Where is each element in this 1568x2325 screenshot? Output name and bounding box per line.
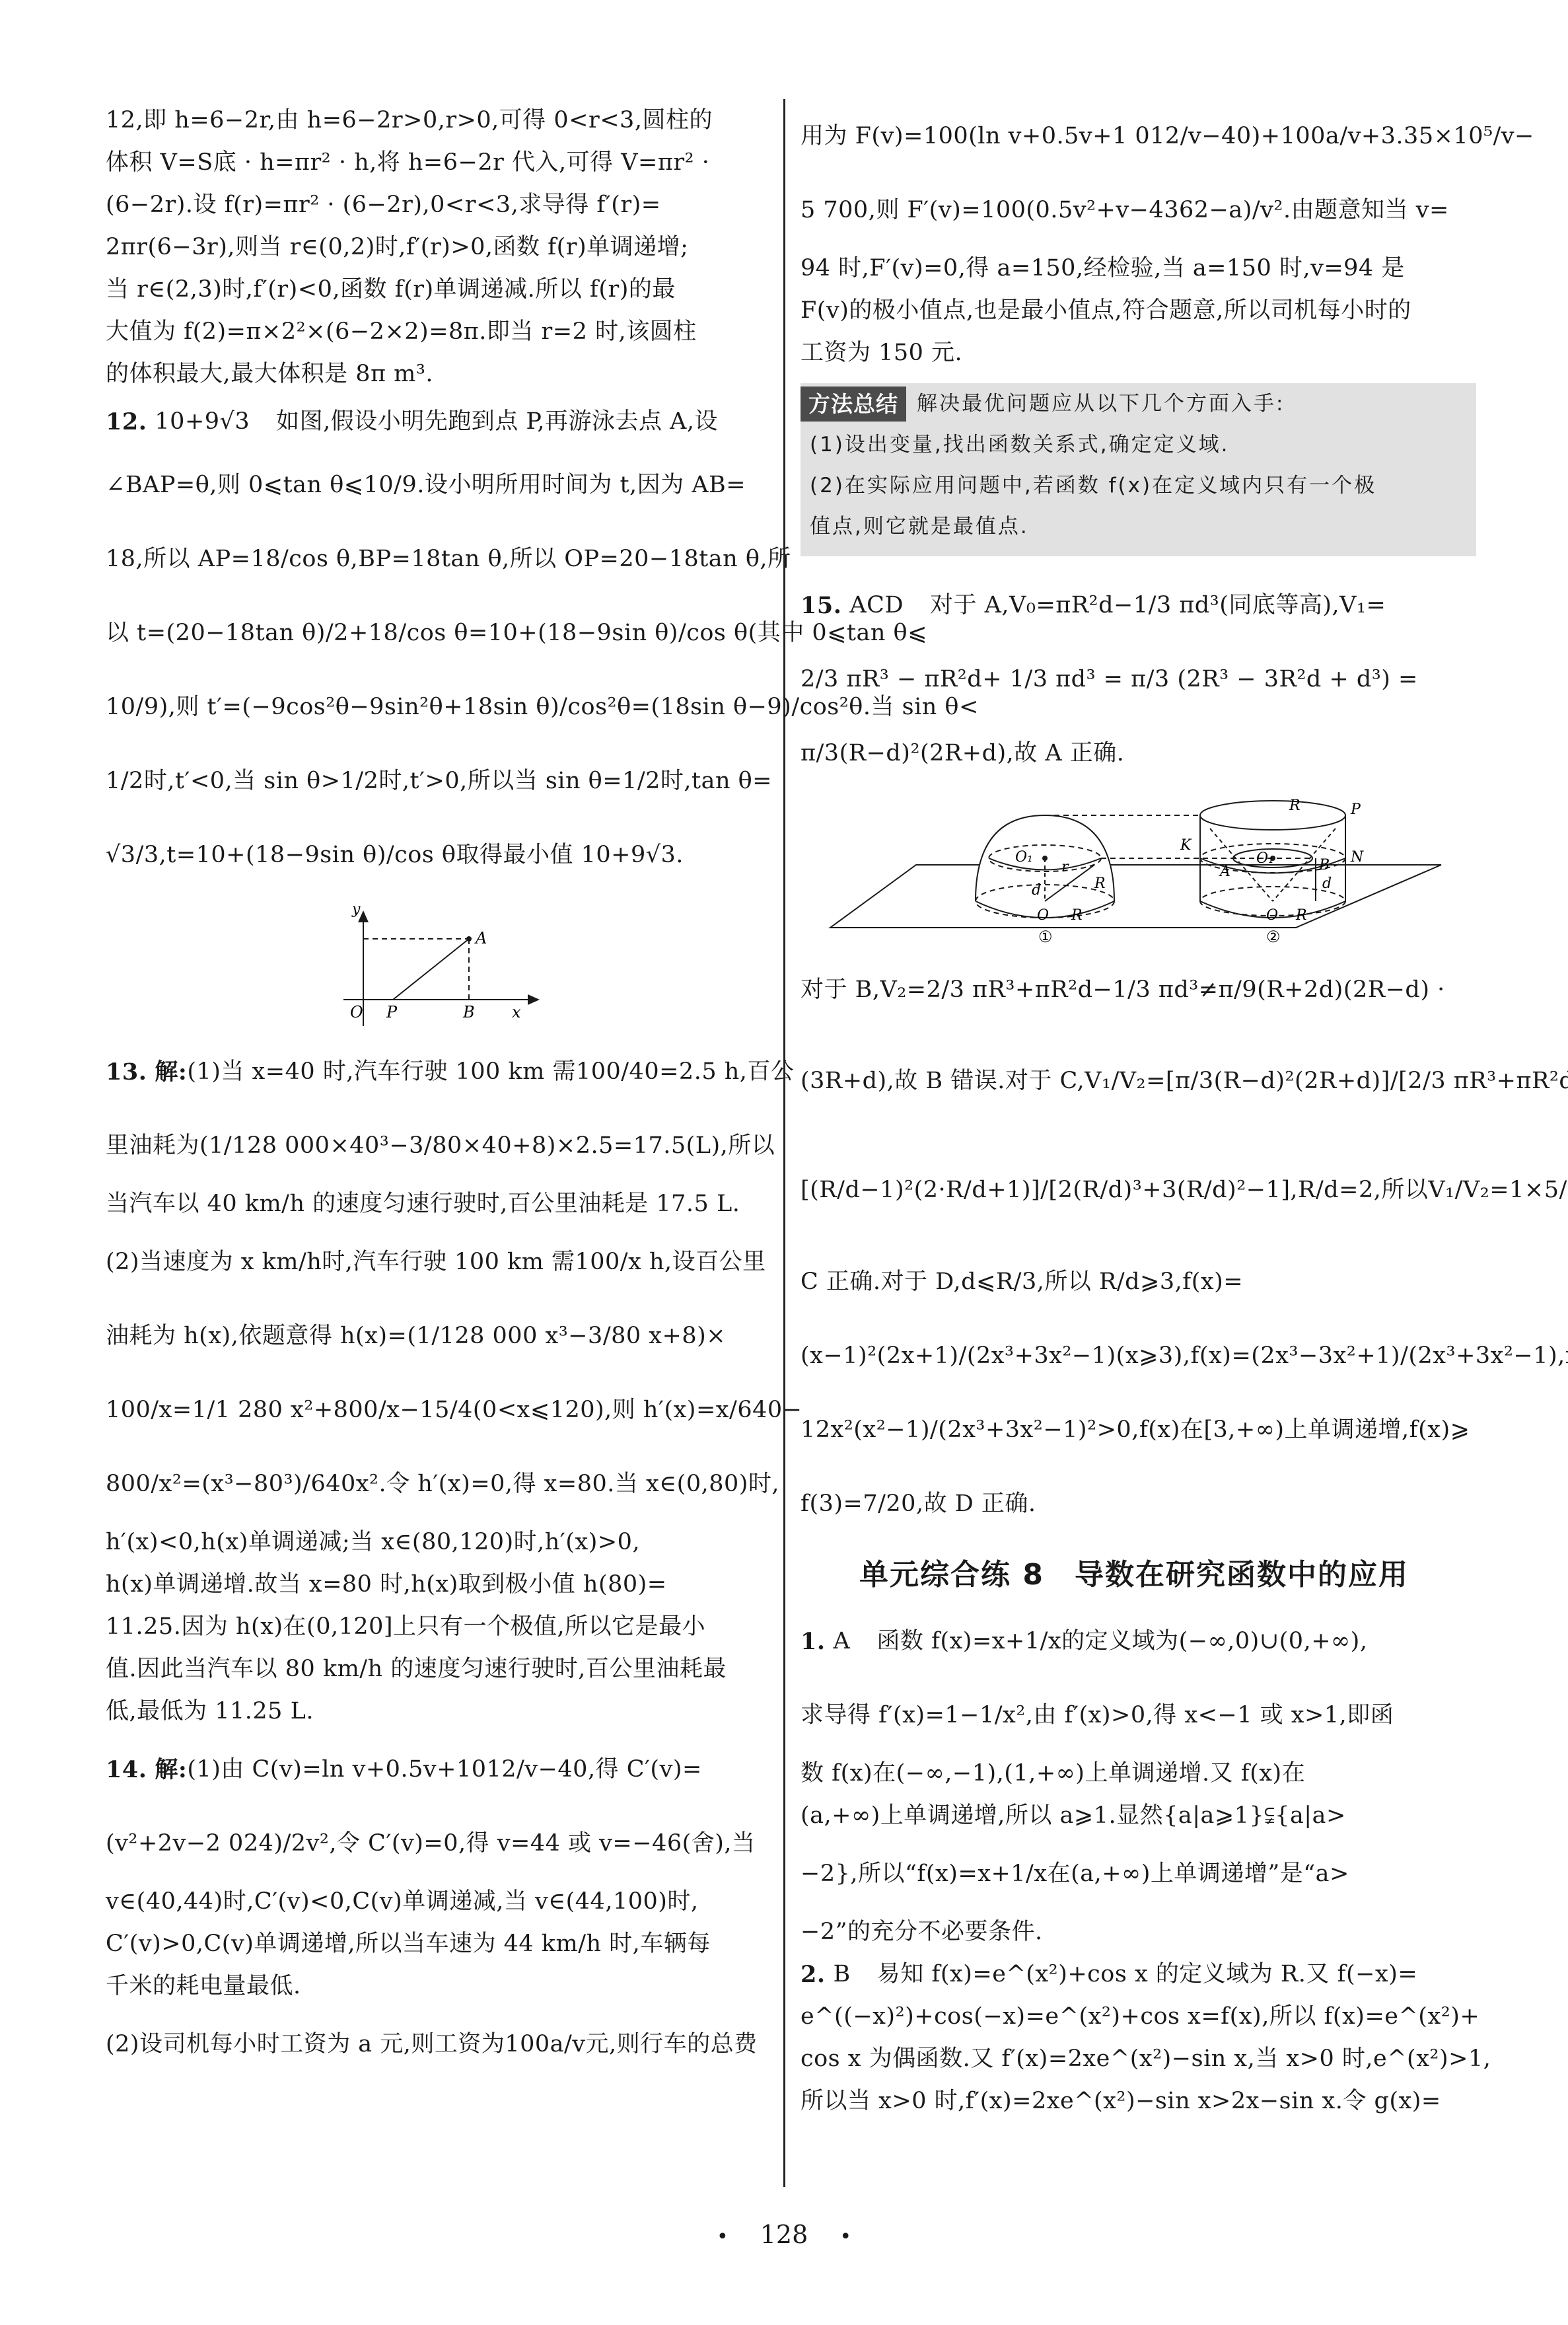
text-line: 1/2时,t′<0,当 sin θ>1/2时,t′>0,所以当 sin θ=1/…: [106, 744, 773, 818]
text-line: 千米的耗电量最低.: [106, 1965, 773, 2007]
text-line: (1)当 x=40 时,汽车行驶 100 km 需100/40=2.5 h,百公: [187, 1060, 794, 1084]
question-12-header: 12. 10+9√3 如图,假设小明先跑到点 P,再游泳去点 A,设: [106, 395, 773, 448]
figure-label: A: [1219, 864, 1230, 880]
answer: B: [834, 1963, 851, 1986]
figure-label: P: [1350, 801, 1361, 818]
text-line: 的体积最大,最大体积是 8π m³.: [106, 353, 773, 395]
answer: 10+9√3: [155, 410, 250, 433]
text-line: 油耗为 h(x),依题意得 h(x)=(1/128 000 x³−3/80 x+…: [106, 1299, 773, 1373]
axis-label-x: x: [512, 1003, 521, 1021]
text-line: (3R+d),故 B 错误.对于 C,V₁/V₂=[π/3(R−d)²(2R+d…: [801, 1027, 1468, 1136]
text-line: 对于 B,V₂=2/3 πR³+πR²d−1/3 πd³≠π/9(R+2d)(2…: [801, 953, 1468, 1027]
text-line: 800/x²=(x³−80³)/640x².令 h′(x)=0,得 x=80.当…: [106, 1447, 773, 1521]
figure-label: R: [1071, 907, 1083, 924]
text-line: F(v)的极小值点,也是最小值点,符合题意,所以司机每小时的: [801, 289, 1468, 332]
question-number: 2.: [801, 1963, 826, 1986]
text-line: 求导得 f′(x)=1−1/x²,由 f′(x)>0,得 x<−1 或 x>1,…: [801, 1678, 1468, 1752]
page-number: • 128 •: [0, 2220, 1568, 2249]
axis-label-y: y: [351, 901, 361, 918]
text-line: 当 r∈(2,3)时,f′(r)<0,函数 f(r)单调递减.所以 f(r)的最: [106, 268, 773, 311]
text-line: 以 t=(20−18tan θ)/2+18/cos θ=10+(18−9sin …: [106, 596, 773, 670]
text-line: C′(v)>0,C(v)单调递增,所以当车速为 44 km/h 时,车辆每: [106, 1923, 773, 1965]
point-label-o: O: [350, 1003, 363, 1021]
text-line: 所以当 x>0 时,f′(x)=2xe^(x²)−sin x>2x−sin x.…: [801, 2080, 1468, 2122]
question-15-header: 15. ACD 对于 A,V₀=πR²d−1/3 πd³(同底等高),V₁=: [801, 568, 1468, 642]
text-line: 11.25.因为 h(x)在(0,120]上只有一个极值,所以它是最小: [106, 1605, 773, 1648]
right-column: 用为 F(v)=100(ln v+0.5v+1 012/v−40)+100a/v…: [801, 99, 1468, 2122]
text-line: 数 f(x)在(−∞,−1),(1,+∞)上单调递增.又 f(x)在: [801, 1752, 1468, 1794]
text-line: 函数 f(x)=x+1/x的定义域为(−∞,0)∪(0,+∞),: [876, 1630, 1367, 1653]
method-summary-item: 值点,则它就是最值点.: [801, 506, 1464, 547]
question-number: 15.: [801, 594, 841, 617]
method-summary-intro: 解决最优问题应从以下几个方面入手:: [917, 394, 1285, 414]
figure-label: R: [1289, 797, 1301, 814]
method-summary-tag: 方法总结: [801, 387, 906, 422]
figure-label: B: [1318, 857, 1330, 873]
figure-label: d: [1032, 882, 1041, 899]
text-line: 2/3 πR³ − πR²d+ 1/3 πd³ = π/3 (2R³ − 3R²…: [801, 642, 1468, 716]
method-summary-box: 方法总结 解决最优问题应从以下几个方面入手: (1)设出变量,找出函数关系式,确…: [801, 383, 1476, 556]
figure-label: R: [1094, 875, 1106, 892]
figure-label: K: [1180, 837, 1192, 854]
text-line: [(R/d−1)²(2·R/d+1)]/[2(R/d)³+3(R/d)²−1],…: [801, 1136, 1468, 1245]
text-line: 94 时,F′(v)=0,得 a=150,经检验,当 a=150 时,v=94 …: [801, 247, 1468, 289]
section-title: 单元综合练 8 导数在研究函数中的应用: [801, 1561, 1468, 1590]
text-line: 18,所以 AP=18/cos θ,BP=18tan θ,所以 OP=20−18…: [106, 522, 773, 596]
method-summary-item: (2)在实际应用问题中,若函数 f(x)在定义域内只有一个极: [801, 465, 1464, 506]
question-number: 12.: [106, 410, 147, 433]
solve-label: 解:: [155, 1060, 187, 1084]
figure-label: ①: [1038, 928, 1053, 946]
question-number: 14.: [106, 1758, 147, 1781]
text-line: 对于 A,V₀=πR²d−1/3 πd³(同底等高),V₁=: [930, 594, 1386, 617]
text-line: 低,最低为 11.25 L.: [106, 1690, 773, 1732]
point-label-a: A: [474, 929, 487, 947]
figure-label: ②: [1266, 928, 1281, 946]
column-divider: [783, 99, 785, 2187]
figure-label: N: [1350, 849, 1364, 866]
text-line: h′(x)<0,h(x)单调递减;当 x∈(80,120)时,h′(x)>0,: [106, 1521, 773, 1563]
question-2-header: 2. B 易知 f(x)=e^(x²)+cos x 的定义域为 R.又 f(−x…: [801, 1953, 1468, 1995]
figure-label: R: [1295, 907, 1307, 924]
bullet-icon: •: [839, 2225, 851, 2248]
text-line: 易知 f(x)=e^(x²)+cos x 的定义域为 R.又 f(−x)=: [877, 1963, 1417, 1986]
figure-label: d: [1322, 875, 1332, 892]
figure-label: O: [1037, 907, 1049, 924]
figure-label: O₁: [1256, 850, 1274, 867]
text-line: f(3)=7/20,故 D 正确.: [801, 1467, 1468, 1541]
solids-figure: O₁ r R d O R ① R P K O₁ N A B d O R ②: [817, 795, 1451, 947]
text-line: 12,即 h=6−2r,由 h=6−2r>0,r>0,可得 0<r<3,圆柱的: [106, 99, 773, 141]
text-line: 10/9),则 t′=(−9cos²θ−9sin²θ+18sin θ)/cos²…: [106, 670, 773, 744]
text-line: h(x)单调递增.故当 x=80 时,h(x)取到极小值 h(80)=: [106, 1563, 773, 1605]
text-line: (2)设司机每小时工资为 a 元,则工资为100a/v元,则行车的总费: [106, 2007, 773, 2081]
answer: ACD: [849, 594, 904, 617]
text-line: 值.因此当汽车以 80 km/h 的速度匀速行驶时,百公里油耗最: [106, 1648, 773, 1690]
text-line: e^((−x)²)+cos(−x)=e^(x²)+cos x=f(x),所以 f…: [801, 1995, 1468, 2038]
text-line: 如图,假设小明先跑到点 P,再游泳去点 A,设: [276, 410, 718, 433]
text-line: C 正确.对于 D,d⩽R/3,所以 R/d⩾3,f(x)=: [801, 1245, 1468, 1319]
question-number: 13.: [106, 1060, 147, 1084]
point-label-p: P: [386, 1003, 398, 1021]
text-line: π/3(R−d)²(2R+d),故 A 正确.: [801, 716, 1468, 790]
bullet-icon: •: [717, 2225, 729, 2248]
text-line: 5 700,则 F′(v)=100(0.5v²+v−4362−a)/v².由题意…: [801, 173, 1468, 247]
text-line: 体积 V=S底 · h=πr² · h,将 h=6−2r 代入,可得 V=πr²…: [106, 141, 773, 184]
text-line: (1)由 C(v)=ln v+0.5v+1012/v−40,得 C′(v)=: [187, 1758, 702, 1781]
page-number-text: 128: [760, 2220, 808, 2249]
text-line: 里油耗为(1/128 000×40³−3/80×40+8)×2.5=17.5(L…: [106, 1109, 773, 1183]
text-line: cos x 为偶函数.又 f′(x)=2xe^(x²)−sin x,当 x>0 …: [801, 2038, 1468, 2080]
text-line: (2)当速度为 x km/h时,汽车行驶 100 km 需100/x h,设百公…: [106, 1225, 773, 1299]
figure-label: O₁: [1015, 849, 1033, 866]
question-14-header: 14. 解: (1)由 C(v)=ln v+0.5v+1012/v−40,得 C…: [106, 1732, 773, 1806]
text-line: (6−2r).设 f(r)=πr² · (6−2r),0<r<3,求导得 f′(…: [106, 184, 773, 226]
method-summary-header: 方法总结 解决最优问题应从以下几个方面入手:: [801, 383, 1464, 424]
coordinate-figure: y A O P B x: [301, 897, 578, 1029]
answer: A: [834, 1630, 851, 1653]
text-line: 2πr(6−3r),则当 r∈(0,2)时,f′(r)>0,函数 f(r)单调递…: [106, 226, 773, 268]
text-line: √3/3,t=10+(18−9sin θ)/cos θ取得最小值 10+9√3.: [106, 818, 773, 892]
text-line: 12x²(x²−1)/(2x³+3x²−1)²>0,f(x)在[3,+∞)上单调…: [801, 1393, 1468, 1467]
question-13-header: 13. 解: (1)当 x=40 时,汽车行驶 100 km 需100/40=2…: [106, 1035, 773, 1109]
text-line: (x−1)²(2x+1)/(2x³+3x²−1)(x⩾3),f(x)=(2x³−…: [801, 1319, 1468, 1393]
solve-label: 解:: [155, 1758, 187, 1781]
text-line: (v²+2v−2 024)/2v²,令 C′(v)=0,得 v=44 或 v=−…: [106, 1806, 773, 1880]
text-line: v∈(40,44)时,C′(v)<0,C(v)单调递减,当 v∈(44,100)…: [106, 1880, 773, 1923]
question-1-header: 1. A 函数 f(x)=x+1/x的定义域为(−∞,0)∪(0,+∞),: [801, 1604, 1468, 1678]
text-line: 用为 F(v)=100(ln v+0.5v+1 012/v−40)+100a/v…: [801, 99, 1468, 173]
text-line: ∠BAP=θ,则 0⩽tan θ⩽10/9.设小明所用时间为 t,因为 AB=: [106, 448, 773, 522]
figure-label: O: [1266, 907, 1278, 924]
method-summary-item: (1)设出变量,找出函数关系式,确定定义域.: [801, 424, 1464, 465]
text-line: 当汽车以 40 km/h 的速度匀速行驶时,百公里油耗是 17.5 L.: [106, 1183, 773, 1225]
text-line: 大值为 f(2)=π×2²×(6−2×2)=8π.即当 r=2 时,该圆柱: [106, 311, 773, 353]
text-line: 工资为 150 元.: [801, 332, 1468, 374]
text-line: −2},所以“f(x)=x+1/x在(a,+∞)上单调递增”是“a>: [801, 1837, 1468, 1911]
left-column: 12,即 h=6−2r,由 h=6−2r>0,r>0,可得 0<r<3,圆柱的 …: [106, 99, 773, 2081]
point-label-b: B: [462, 1003, 475, 1021]
text-line: (a,+∞)上单调递增,所以 a⩾1.显然{a|a⩾1}⫋{a|a>: [801, 1794, 1468, 1837]
figure-label: r: [1061, 859, 1069, 875]
question-number: 1.: [801, 1630, 826, 1653]
text-line: −2”的充分不必要条件.: [801, 1911, 1468, 1953]
text-line: 100/x=1/1 280 x²+800/x−15/4(0<x⩽120),则 h…: [106, 1373, 773, 1447]
